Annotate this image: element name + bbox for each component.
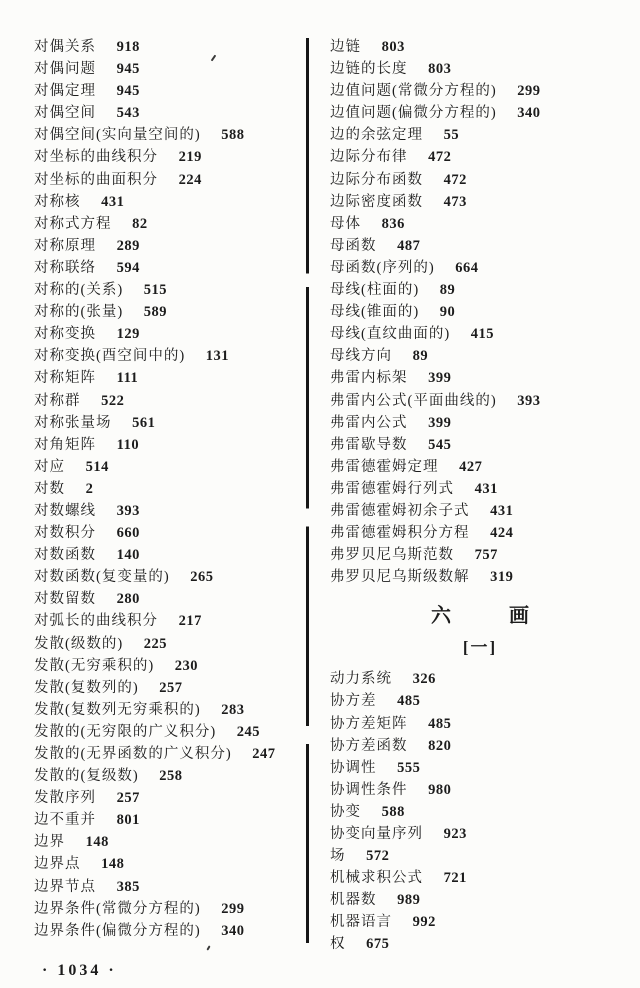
index-entry: 协调性 555 [330,757,630,779]
entry-page-number: 664 [455,260,478,276]
entry-page-number: 660 [117,525,140,541]
entry-page-number: 340 [517,105,540,121]
entry-page-number: 257 [159,680,182,696]
index-entry: 协变向量序列 923 [330,823,630,845]
entry-term: 动力系统 [330,671,392,687]
entry-page-number: 561 [132,415,155,431]
entry-page-number: 980 [428,782,451,798]
entry-term: 边界条件(常微分方程的) [34,901,201,917]
index-entry: 边际分布函数 472 [330,169,630,191]
entry-term: 弗雷内公式(平面曲线的) [330,393,497,409]
scan-artifact-speck [206,945,210,950]
index-entry: 对称变换 129 [34,323,310,345]
index-entry: 对称张量场 561 [34,412,310,434]
entry-page-number: 399 [428,415,451,431]
index-entry: 对数 2 [34,478,310,500]
index-entry: 发散(无穷乘积的) 230 [34,655,310,677]
entry-page-number: 472 [444,172,467,188]
entry-term: 对称矩阵 [34,370,96,386]
entry-page-number: 485 [428,716,451,732]
entry-page-number: 473 [444,194,467,210]
right-index-entry-list-bottom: 动力系统 326 协方差 485 协方差矩阵 485 协方差函数 820 [330,668,630,955]
index-entry: 边界条件(常微分方程的) 299 [34,898,310,920]
index-entry: 发散(复数列无穷乘积的) 283 [34,699,310,721]
entry-page-number: 721 [444,870,467,886]
entry-term: 对称式方程 [34,216,112,232]
index-entry: 对坐标的曲面积分 224 [34,169,310,191]
entry-term: 母线(锥面的) [330,304,419,320]
entry-term: 协方差函数 [330,738,408,754]
entry-page-number: 472 [428,149,451,165]
index-entry: 边链 803 [330,36,630,58]
entry-page-number: 90 [440,304,456,320]
entry-page-number: 148 [101,856,124,872]
entry-page-number: 514 [86,459,109,475]
index-entry: 边值问题(常微分方程的) 299 [330,80,630,102]
index-entry: 母线(柱面的) 89 [330,279,630,301]
entry-page-number: 299 [221,901,244,917]
entry-term: 边际分布函数 [330,172,423,188]
entry-term: 弗罗贝尼乌斯级数解 [330,569,470,585]
entry-term: 对数 [34,481,65,497]
index-entry: 对数函数(复变量的) 265 [34,566,310,588]
entry-page-number: 299 [517,83,540,99]
index-entry: 对偶问题 945 [34,58,310,80]
entry-page-number: 399 [428,370,451,386]
right-column: 边链 803 边链的长度 803 边值问题(常微分方程的) 299 边值问题(偏… [330,36,630,956]
entry-page-number: 280 [117,591,140,607]
index-entry: 协方差 485 [330,690,630,712]
entry-page-number: 265 [190,569,213,585]
index-entry: 对坐标的曲线积分 219 [34,146,310,168]
entry-term: 对偶定理 [34,83,96,99]
entry-page-number: 258 [159,768,182,784]
entry-term: 对应 [34,459,65,475]
index-entry: 发散(级数的) 225 [34,633,310,655]
entry-term: 对偶空间 [34,105,96,121]
entry-term: 对坐标的曲线积分 [34,149,158,165]
entry-term: 对称群 [34,393,81,409]
index-entry: 机械求积公式 721 [330,867,630,889]
entry-page-number: 588 [382,804,405,820]
index-entry: 权 675 [330,933,630,955]
entry-term: 对称变换 [34,326,96,342]
heading-char-liu: 六 [431,602,451,630]
entry-page-number: 515 [144,282,167,298]
entry-term: 协调性 [330,760,377,776]
index-entry: 发散的(无界函数的广义积分) 247 [34,743,310,765]
entry-page-number: 415 [471,326,494,342]
index-entry: 对偶关系 918 [34,36,310,58]
scanned-dictionary-index-page: 对偶关系 918 对偶问题 945 对偶定理 945 对偶空间 543 [0,0,640,988]
index-entry: 对称变换(酉空间中的) 131 [34,345,310,367]
entry-page-number: 385 [117,879,140,895]
entry-page-number: 522 [101,393,124,409]
entry-term: 发散(复数列的) [34,680,139,696]
entry-term: 对坐标的曲面积分 [34,172,158,188]
entry-term: 对偶空间(实向量空间的) [34,127,201,143]
entry-page-number: 589 [144,304,167,320]
left-column: 对偶关系 918 对偶问题 945 对偶定理 945 对偶空间 543 [34,36,310,942]
index-entry: 弗雷德霍姆定理 427 [330,456,630,478]
entry-page-number: 543 [117,105,140,121]
index-entry: 对数留数 280 [34,588,310,610]
entry-page-number: 230 [175,658,198,674]
entry-term: 弗雷内公式 [330,415,408,431]
entry-page-number: 225 [144,636,167,652]
entry-term: 母函数(序列的) [330,260,435,276]
entry-term: 母函数 [330,238,377,254]
entry-page-number: 923 [444,826,467,842]
index-entry: 对称的(张量) 589 [34,301,310,323]
entry-page-number: 247 [252,746,275,762]
entry-term: 弗罗贝尼乌斯范数 [330,547,454,563]
entry-term: 母体 [330,216,361,232]
index-entry: 弗罗贝尼乌斯级数解 319 [330,566,630,588]
entry-term: 边值问题(偏微分方程的) [330,105,497,121]
entry-term: 边的余弦定理 [330,127,423,143]
entry-page-number: 140 [117,547,140,563]
entry-page-number: 427 [459,459,482,475]
entry-term: 边际密度函数 [330,194,423,210]
left-index-entry-list: 对偶关系 918 对偶问题 945 对偶定理 945 对偶空间 543 [34,36,310,942]
index-entry: 弗雷歇导数 545 [330,434,630,456]
entry-term: 边值问题(常微分方程的) [330,83,497,99]
index-entry: 弗雷内标架 399 [330,367,630,389]
entry-term: 对数留数 [34,591,96,607]
index-entry: 边界点 148 [34,853,310,875]
index-entry: 对称式方程 82 [34,213,310,235]
entry-term: 协方差 [330,693,377,709]
entry-page-number: 217 [179,613,202,629]
index-entry: 对偶空间(实向量空间的) 588 [34,124,310,146]
entry-page-number: 992 [413,914,436,930]
entry-page-number: 431 [101,194,124,210]
index-entry: 母线(锥面的) 90 [330,301,630,323]
entry-term: 边界点 [34,856,81,872]
entry-term: 发散的(无界函数的广义积分) [34,746,232,762]
index-entry: 发散(复数列的) 257 [34,677,310,699]
index-entry: 对称核 431 [34,191,310,213]
entry-page-number: 588 [221,127,244,143]
index-entry: 弗雷德霍姆积分方程 424 [330,522,630,544]
entry-page-number: 945 [117,61,140,77]
index-entry: 对称原理 289 [34,235,310,257]
index-entry: 对弧长的曲线积分 217 [34,610,310,632]
entry-page-number: 836 [382,216,405,232]
index-entry: 边界条件(偏微分方程的) 340 [34,920,310,942]
entry-page-number: 111 [117,370,139,386]
entry-page-number: 801 [117,812,140,828]
entry-page-number: 55 [444,127,460,143]
entry-page-number: 219 [179,149,202,165]
entry-term: 对偶关系 [34,39,96,55]
index-entry: 弗罗贝尼乌斯范数 757 [330,544,630,566]
entry-page-number: 431 [490,503,513,519]
entry-page-number: 129 [117,326,140,342]
index-entry: 发散的(复级数) 258 [34,765,310,787]
index-entry: 协变 588 [330,801,630,823]
entry-page-number: 283 [221,702,244,718]
entry-page-number: 989 [397,892,420,908]
entry-term: 机械求积公式 [330,870,423,886]
entry-page-number: 594 [117,260,140,276]
index-entry: 母函数 487 [330,235,630,257]
entry-term: 对称原理 [34,238,96,254]
entry-page-number: 82 [132,216,148,232]
entry-term: 对弧长的曲线积分 [34,613,158,629]
entry-term: 弗雷德霍姆积分方程 [330,525,470,541]
index-entry: 边不重并 801 [34,809,310,831]
entry-page-number: 487 [397,238,420,254]
entry-page-number: 555 [397,760,420,776]
entry-term: 弗雷德霍姆初余子式 [330,503,470,519]
entry-term: 边链 [330,39,361,55]
entry-page-number: 340 [221,923,244,939]
entry-page-number: 803 [382,39,405,55]
index-entry: 对称的(关系) 515 [34,279,310,301]
index-entry: 边界 148 [34,831,310,853]
entry-page-number: 89 [413,348,429,364]
index-entry: 对称群 522 [34,390,310,412]
entry-page-number: 131 [206,348,229,364]
entry-term: 边际分布律 [330,149,408,165]
index-entry: 母体 836 [330,213,630,235]
index-entry: 弗雷德霍姆行列式 431 [330,478,630,500]
index-entry: 边的余弦定理 55 [330,124,630,146]
page-number-footer: · 1034 · [42,962,117,980]
entry-page-number: 757 [475,547,498,563]
entry-term: 对数螺线 [34,503,96,519]
entry-page-number: 431 [475,481,498,497]
entry-page-number: 319 [490,569,513,585]
index-entry: 对偶空间 543 [34,102,310,124]
entry-term: 弗雷德霍姆定理 [330,459,439,475]
entry-page-number: 148 [86,834,109,850]
index-entry: 发散的(无穷限的广义积分) 245 [34,721,310,743]
heading-char-hua: 画 [509,602,529,630]
entry-page-number: 393 [517,393,540,409]
entry-term: 发散的(无穷限的广义积分) [34,724,216,740]
entry-term: 母线方向 [330,348,392,364]
index-entry: 边值问题(偏微分方程的) 340 [330,102,630,124]
entry-page-number: 393 [117,503,140,519]
index-entry: 协调性条件 980 [330,779,630,801]
index-entry: 弗雷德霍姆初余子式 431 [330,500,630,522]
right-index-entry-list-top: 边链 803 边链的长度 803 边值问题(常微分方程的) 299 边值问题(偏… [330,36,630,588]
entry-term: 对称核 [34,194,81,210]
entry-term: 发散(级数的) [34,636,123,652]
entry-term: 场 [330,848,346,864]
entry-term: 发散序列 [34,790,96,806]
entry-term: 协变 [330,804,361,820]
index-entry: 母线(直纹曲面的) 415 [330,323,630,345]
entry-term: 发散(复数列无穷乘积的) [34,702,201,718]
entry-page-number: 326 [413,671,436,687]
index-entry: 边际分布律 472 [330,146,630,168]
entry-term: 母线(直纹曲面的) [330,326,450,342]
entry-page-number: 803 [428,61,451,77]
index-entry: 对数积分 660 [34,522,310,544]
entry-term: 对称变换(酉空间中的) [34,348,185,364]
entry-page-number: 485 [397,693,420,709]
entry-term: 对称张量场 [34,415,112,431]
index-entry: 协方差函数 820 [330,735,630,757]
entry-term: 对数积分 [34,525,96,541]
index-entry: 对角矩阵 110 [34,434,310,456]
entry-term: 对偶问题 [34,61,96,77]
entry-term: 机器语言 [330,914,392,930]
entry-page-number: 675 [366,936,389,952]
entry-page-number: 424 [490,525,513,541]
entry-term: 边链的长度 [330,61,408,77]
entry-page-number: 945 [117,83,140,99]
entry-page-number: 289 [117,238,140,254]
entry-term: 弗雷德霍姆行列式 [330,481,454,497]
entry-term: 对称的(关系) [34,282,123,298]
index-entry: 场 572 [330,845,630,867]
entry-term: 对数函数 [34,547,96,563]
index-entry: 边链的长度 803 [330,58,630,80]
entry-term: 权 [330,936,346,952]
index-entry: 对偶定理 945 [34,80,310,102]
entry-page-number: 89 [440,282,456,298]
index-entry: 母函数(序列的) 664 [330,257,630,279]
index-entry: 边际密度函数 473 [330,191,630,213]
entry-term: 弗雷内标架 [330,370,408,386]
entry-term: 弗雷歇导数 [330,437,408,453]
entry-page-number: 820 [428,738,451,754]
entry-term: 协调性条件 [330,782,408,798]
entry-term: 对数函数(复变量的) [34,569,170,585]
index-entry: 协方差矩阵 485 [330,713,630,735]
entry-term: 发散(无穷乘积的) [34,658,154,674]
subsection-marker: [一] [330,636,630,660]
index-entry: 对数螺线 393 [34,500,310,522]
entry-term: 对称的(张量) [34,304,123,320]
entry-term: 对角矩阵 [34,437,96,453]
entry-term: 边界 [34,834,65,850]
index-entry: 机器语言 992 [330,911,630,933]
entry-page-number: 572 [366,848,389,864]
entry-page-number: 257 [117,790,140,806]
entry-term: 母线(柱面的) [330,282,419,298]
index-entry: 弗雷内公式(平面曲线的) 393 [330,390,630,412]
entry-page-number: 110 [117,437,139,453]
entry-page-number: 245 [237,724,260,740]
entry-page-number: 918 [117,39,140,55]
entry-term: 协变向量序列 [330,826,423,842]
entry-term: 机器数 [330,892,377,908]
index-entry: 弗雷内公式 399 [330,412,630,434]
entry-page-number: 545 [428,437,451,453]
entry-page-number: 224 [179,172,202,188]
index-entry: 机器数 989 [330,889,630,911]
entry-term: 边不重并 [34,812,96,828]
entry-term: 对称联络 [34,260,96,276]
entry-term: 协方差矩阵 [330,716,408,732]
index-entry: 对称联络 594 [34,257,310,279]
index-entry: 发散序列 257 [34,787,310,809]
index-entry: 动力系统 326 [330,668,630,690]
entry-term: 发散的(复级数) [34,768,139,784]
index-entry: 对数函数 140 [34,544,310,566]
entry-term: 边界条件(偏微分方程的) [34,923,201,939]
section-heading-six-strokes: 六 画 [330,602,630,630]
entry-term: 边界节点 [34,879,96,895]
index-entry: 对应 514 [34,456,310,478]
index-entry: 母线方向 89 [330,345,630,367]
entry-page-number: 2 [86,481,94,497]
index-entry: 边界节点 385 [34,876,310,898]
index-entry: 对称矩阵 111 [34,367,310,389]
